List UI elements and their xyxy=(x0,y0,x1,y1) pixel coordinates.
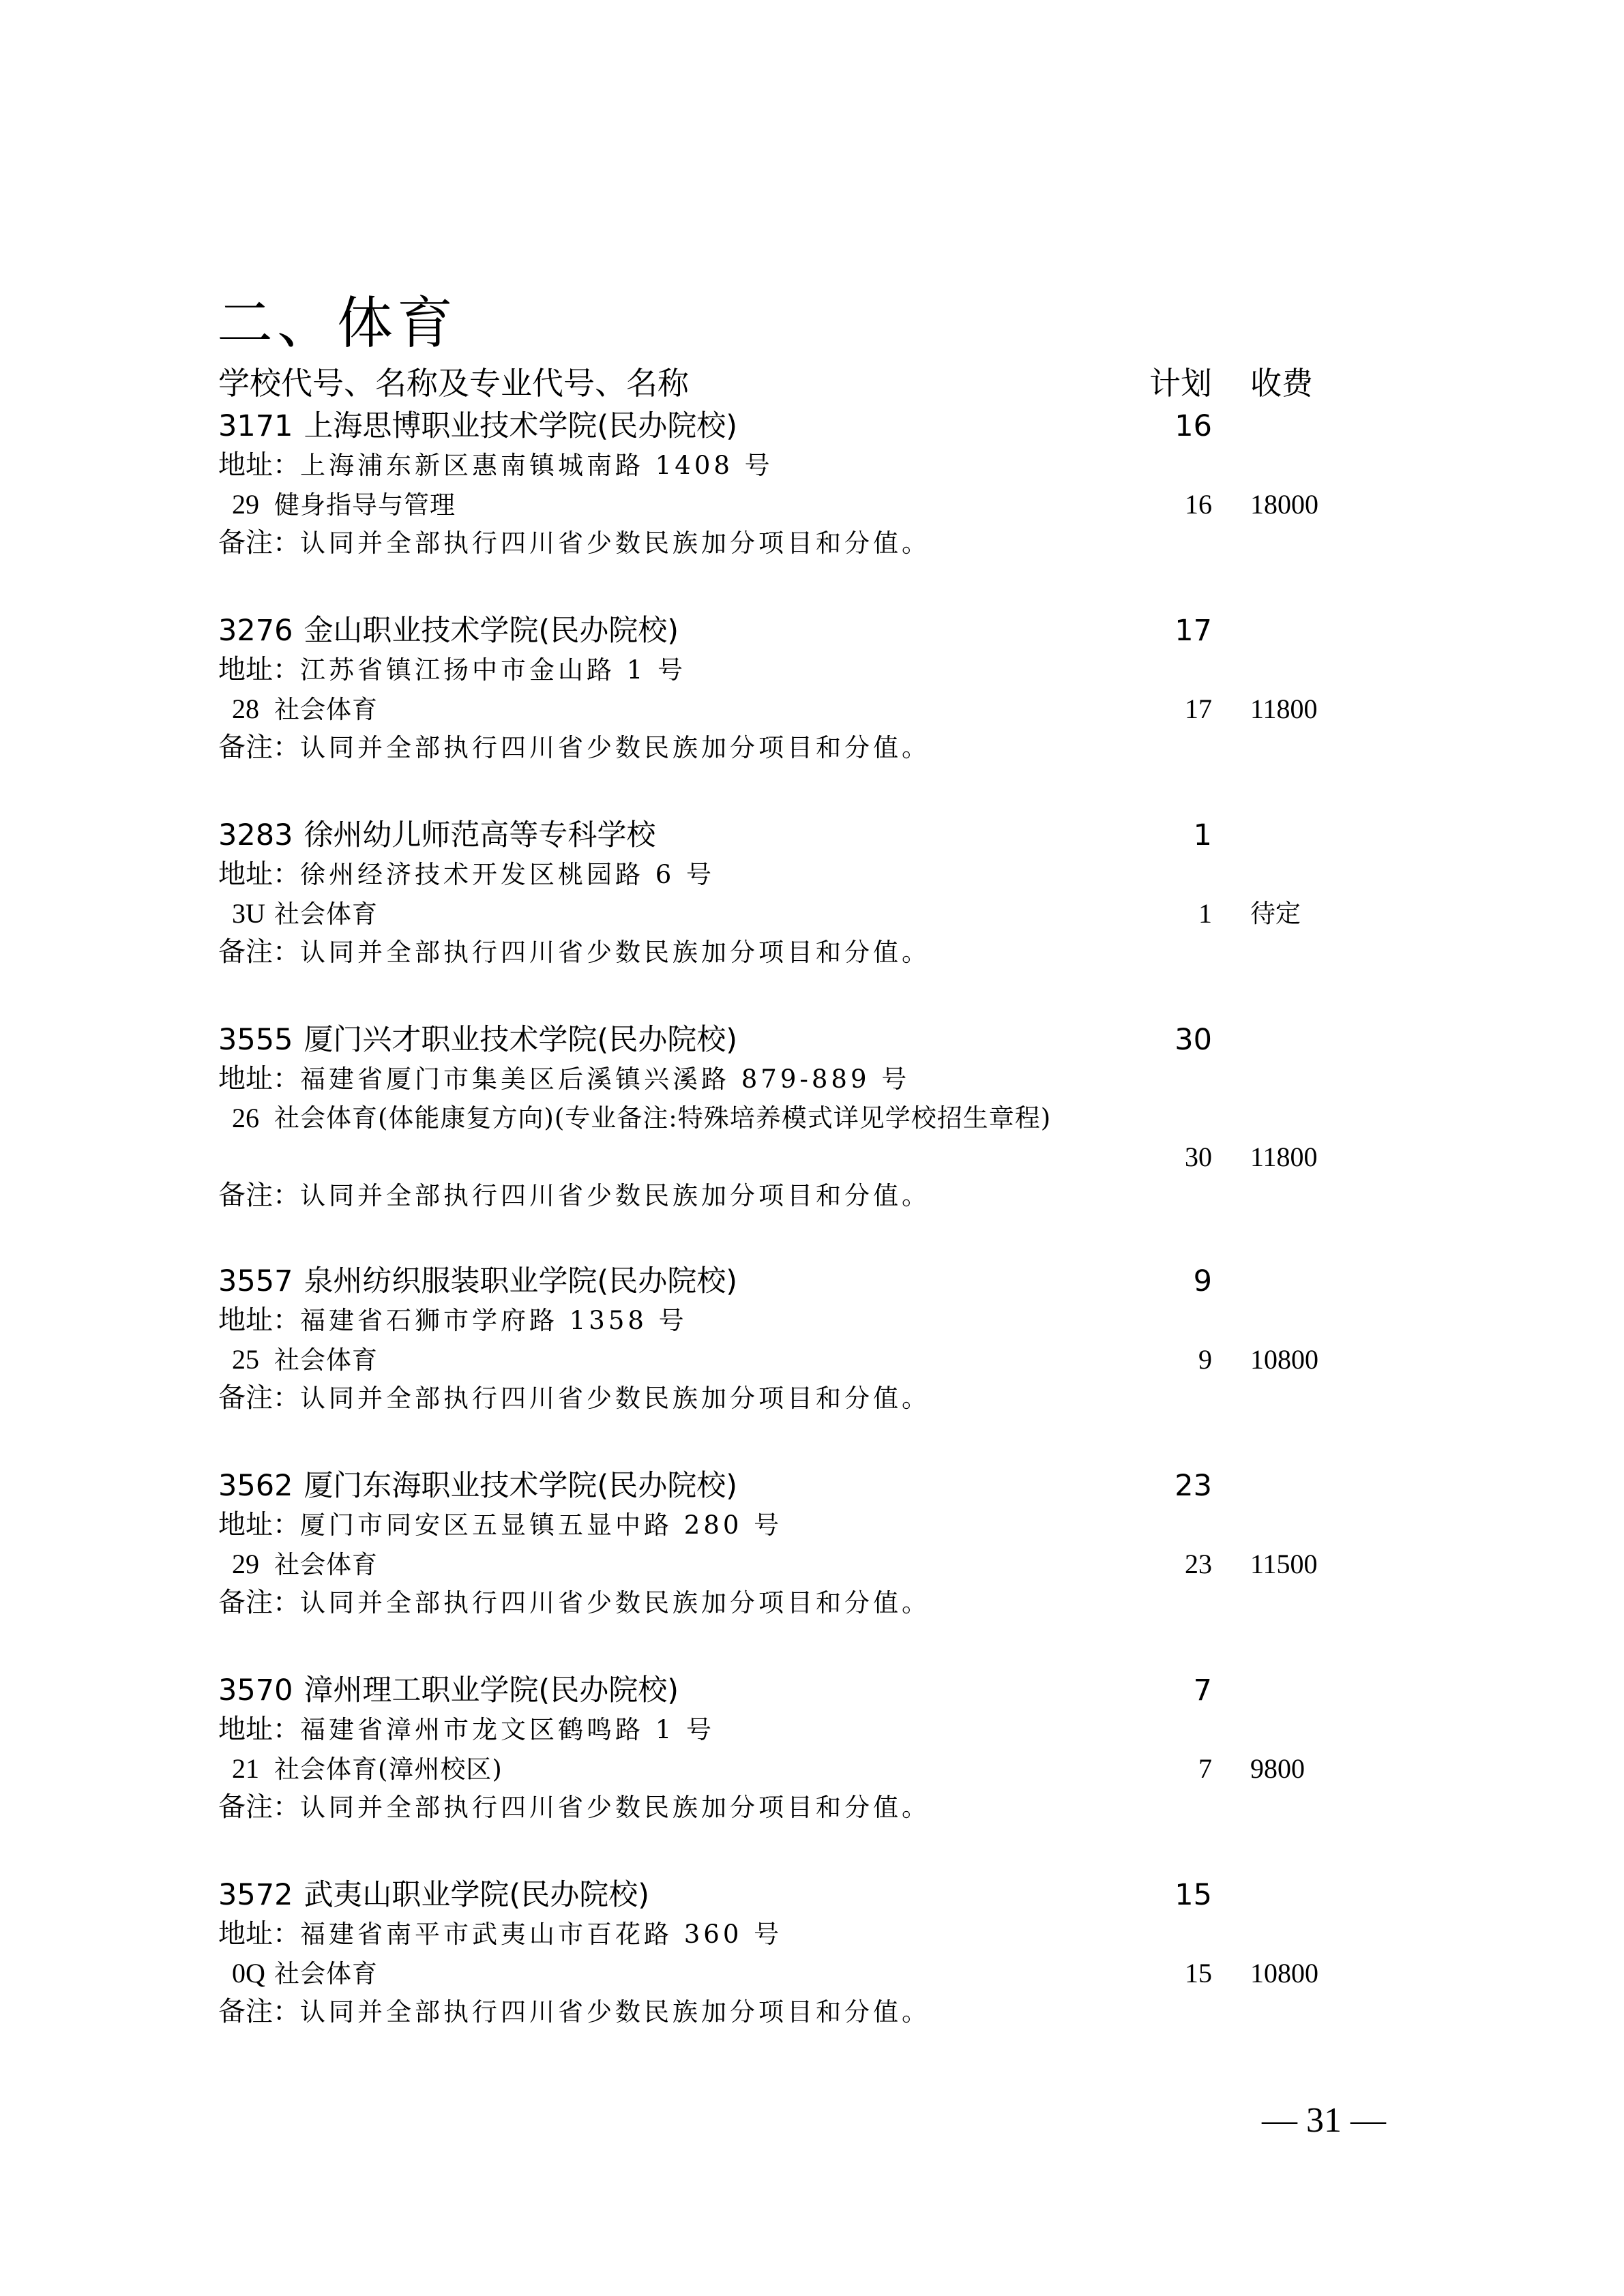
address-row: 地址：徐州经济技术开发区桃园路 6 号 xyxy=(218,855,1419,894)
school-code: 3570 xyxy=(218,1671,293,1710)
school-code: 3276 xyxy=(218,612,293,651)
school-plan-total: 7 xyxy=(1149,1671,1212,1710)
address-text: 福建省石狮市学府路 1358 号 xyxy=(300,1306,688,1335)
address-label: 地址： xyxy=(218,654,300,685)
school-entry: 3171上海思博职业技术学院(民办院校) 16 地址：上海浦东新区惠南镇城南路 … xyxy=(218,407,1419,563)
remark-row: 备注：认同并全部执行四川省少数民族加分项目和分值。 xyxy=(218,728,1419,767)
major-fee: 10800 xyxy=(1250,1340,1318,1379)
remark-text: 认同并全部执行四川省少数民族加分项目和分值。 xyxy=(300,1588,930,1617)
school-header-row: 3572武夷山职业学院(民办院校) 15 xyxy=(218,1876,1419,1915)
major-plan: 9 xyxy=(1163,1340,1212,1379)
major-name: 社会体育 xyxy=(274,899,378,929)
major-code: 26 xyxy=(232,1099,274,1137)
address-label: 地址： xyxy=(218,1304,300,1336)
school-header-row: 3570漳州理工职业学院(民办院校) 7 xyxy=(218,1671,1419,1710)
address-label: 地址： xyxy=(218,1714,300,1745)
major-code: 21 xyxy=(232,1749,274,1788)
major-fee: 18000 xyxy=(1250,485,1318,524)
remark-row: 备注：认同并全部执行四川省少数民族加分项目和分值。 xyxy=(218,1993,1419,2031)
major-name: 社会体育(体能康复方向)(专业备注:特殊培养模式详见学校招生章程) xyxy=(274,1103,1051,1133)
school-header-row: 3171上海思博职业技术学院(民办院校) 16 xyxy=(218,407,1419,446)
remark-label: 备注： xyxy=(218,732,300,763)
school-entry: 3562厦门东海职业技术学院(民办院校) 23 地址：厦门市同安区五显镇五显中路… xyxy=(218,1467,1419,1622)
major-name: 社会体育(漳州校区) xyxy=(274,1755,503,1784)
remark-label: 备注： xyxy=(218,1791,300,1823)
remark-label: 备注： xyxy=(218,1996,300,2027)
major-row: 26社会体育(体能康复方向)(专业备注:特殊培养模式详见学校招生章程) 30 1… xyxy=(218,1099,1419,1176)
major-code: 25 xyxy=(232,1340,274,1379)
school-plan-total: 17 xyxy=(1149,612,1212,651)
major-fee: 11500 xyxy=(1250,1545,1318,1583)
school-code: 3572 xyxy=(218,1876,293,1915)
remark-text: 认同并全部执行四川省少数民族加分项目和分值。 xyxy=(300,1997,930,2027)
school-code: 3283 xyxy=(218,816,293,855)
school-plan-total: 15 xyxy=(1149,1876,1212,1915)
address-label: 地址： xyxy=(218,1918,300,1950)
address-row: 地址：江苏省镇江扬中市金山路 1 号 xyxy=(218,651,1419,689)
remark-text: 认同并全部执行四川省少数民族加分项目和分值。 xyxy=(300,938,930,967)
address-label: 地址： xyxy=(218,1063,300,1094)
school-header-row: 3557泉州纺织服装职业学院(民办院校) 9 xyxy=(218,1262,1419,1301)
school-name: 武夷山职业学院(民办院校) xyxy=(304,1878,649,1912)
school-name: 厦门东海职业技术学院(民办院校) xyxy=(304,1469,737,1503)
school-plan-total: 9 xyxy=(1149,1262,1212,1301)
major-row: 21社会体育(漳州校区) 7 9800 xyxy=(218,1749,1419,1788)
major-name: 社会体育 xyxy=(274,1345,378,1375)
school-entry: 3570漳州理工职业学院(民办院校) 7 地址：福建省漳州市龙文区鹤鸣路 1 号… xyxy=(218,1671,1419,1827)
school-entry: 3572武夷山职业学院(民办院校) 15 地址：福建省南平市武夷山市百花路 36… xyxy=(218,1876,1419,2031)
school-name: 徐州幼儿师范高等专科学校 xyxy=(304,818,655,852)
address-row: 地址：上海浦东新区惠南镇城南路 1408 号 xyxy=(218,446,1419,485)
school-name: 漳州理工职业学院(民办院校) xyxy=(304,1673,679,1708)
school-code: 3557 xyxy=(218,1262,293,1301)
school-header-row: 3276金山职业技术学院(民办院校) 17 xyxy=(218,612,1419,651)
remark-row: 备注：认同并全部执行四川省少数民族加分项目和分值。 xyxy=(218,1583,1419,1622)
column-header-fee: 收费 xyxy=(1250,363,1313,404)
page-number: — 31 — xyxy=(1262,2099,1386,2143)
school-name: 上海思博职业技术学院(民办院校) xyxy=(304,409,737,443)
address-row: 地址：福建省南平市武夷山市百花路 360 号 xyxy=(218,1915,1419,1954)
major-row: 28社会体育 17 11800 xyxy=(218,689,1419,728)
remark-label: 备注： xyxy=(218,1587,300,1618)
major-row: 0Q社会体育 15 10800 xyxy=(218,1954,1419,1993)
major-row: 3U社会体育 1 待定 xyxy=(218,894,1419,933)
remark-label: 备注： xyxy=(218,936,300,968)
school-entry: 3276金山职业技术学院(民办院校) 17 地址：江苏省镇江扬中市金山路 1 号… xyxy=(218,612,1419,767)
major-code: 29 xyxy=(232,1545,274,1583)
address-label: 地址： xyxy=(218,449,300,481)
school-code: 3562 xyxy=(218,1467,293,1506)
school-name: 厦门兴才职业技术学院(民办院校) xyxy=(304,1023,737,1057)
remark-text: 认同并全部执行四川省少数民族加分项目和分值。 xyxy=(300,528,930,558)
major-fee: 11800 xyxy=(1250,689,1318,728)
address-text: 江苏省镇江扬中市金山路 1 号 xyxy=(300,655,686,685)
remark-row: 备注：认同并全部执行四川省少数民族加分项目和分值。 xyxy=(218,933,1419,972)
remark-label: 备注： xyxy=(218,1180,300,1211)
address-label: 地址： xyxy=(218,1509,300,1540)
remark-row: 备注：认同并全部执行四川省少数民族加分项目和分值。 xyxy=(218,1379,1419,1418)
school-entry: 3557泉州纺织服装职业学院(民办院校) 9 地址：福建省石狮市学府路 1358… xyxy=(218,1262,1419,1418)
major-code: 28 xyxy=(232,689,274,728)
major-fee: 待定 xyxy=(1250,894,1301,933)
address-label: 地址： xyxy=(218,859,300,890)
address-text: 徐州经济技术开发区桃园路 6 号 xyxy=(300,860,715,889)
remark-text: 认同并全部执行四川省少数民族加分项目和分值。 xyxy=(300,733,930,762)
column-header-plan: 计划 xyxy=(1149,363,1212,404)
school-entry: 3283徐州幼儿师范高等专科学校 1 地址：徐州经济技术开发区桃园路 6 号 3… xyxy=(218,816,1419,972)
major-name: 社会体育 xyxy=(274,695,378,724)
school-header-row: 3562厦门东海职业技术学院(民办院校) 23 xyxy=(218,1467,1419,1506)
section-title: 二、体育 xyxy=(217,290,457,358)
major-name: 社会体育 xyxy=(274,1550,378,1579)
school-plan-total: 23 xyxy=(1149,1467,1212,1506)
school-header-row: 3283徐州幼儿师范高等专科学校 1 xyxy=(218,816,1419,855)
remark-row: 备注：认同并全部执行四川省少数民族加分项目和分值。 xyxy=(218,1788,1419,1827)
major-row: 29健身指导与管理 16 18000 xyxy=(218,485,1419,524)
remark-text: 认同并全部执行四川省少数民族加分项目和分值。 xyxy=(300,1793,930,1822)
remark-label: 备注： xyxy=(218,527,300,558)
major-name: 健身指导与管理 xyxy=(274,490,456,520)
major-plan: 23 xyxy=(1163,1545,1212,1583)
address-row: 地址：福建省厦门市集美区后溪镇兴溪路 879-889 号 xyxy=(218,1060,1419,1099)
major-plan: 7 xyxy=(1163,1749,1212,1788)
address-text: 福建省漳州市龙文区鹤鸣路 1 号 xyxy=(300,1715,715,1744)
remark-row: 备注：认同并全部执行四川省少数民族加分项目和分值。 xyxy=(218,524,1419,563)
major-plan: 15 xyxy=(1163,1954,1212,1993)
address-row: 地址：厦门市同安区五显镇五显中路 280 号 xyxy=(218,1506,1419,1545)
address-text: 上海浦东新区惠南镇城南路 1408 号 xyxy=(300,451,773,480)
major-code: 0Q xyxy=(232,1954,274,1993)
major-code: 3U xyxy=(232,894,274,933)
school-header-row: 3555厦门兴才职业技术学院(民办院校) 30 xyxy=(218,1021,1419,1060)
address-row: 地址：福建省漳州市龙文区鹤鸣路 1 号 xyxy=(218,1710,1419,1749)
remark-label: 备注： xyxy=(218,1382,300,1414)
school-name: 金山职业技术学院(民办院校) xyxy=(304,614,679,648)
major-plan: 17 xyxy=(1163,689,1212,728)
column-header-name: 学校代号、名称及专业代号、名称 xyxy=(218,363,689,404)
major-fee: 9800 xyxy=(1250,1749,1305,1788)
major-row: 29社会体育 23 11500 xyxy=(218,1545,1419,1583)
major-plan: 1 xyxy=(1163,894,1212,933)
remark-row: 备注：认同并全部执行四川省少数民族加分项目和分值。 xyxy=(218,1176,1419,1215)
school-plan-total: 30 xyxy=(1149,1021,1212,1060)
major-plan: 16 xyxy=(1163,485,1212,524)
school-plan-total: 1 xyxy=(1149,816,1212,855)
school-entry: 3555厦门兴才职业技术学院(民办院校) 30 地址：福建省厦门市集美区后溪镇兴… xyxy=(218,1021,1419,1215)
major-code: 29 xyxy=(232,485,274,524)
major-plan: 30 xyxy=(1163,1137,1212,1176)
school-code: 3171 xyxy=(218,407,293,446)
major-fee: 10800 xyxy=(1250,1954,1318,1993)
address-text: 福建省南平市武夷山市百花路 360 号 xyxy=(300,1920,782,1949)
remark-text: 认同并全部执行四川省少数民族加分项目和分值。 xyxy=(300,1384,930,1413)
major-fee: 11800 xyxy=(1250,1137,1318,1176)
major-name: 社会体育 xyxy=(274,1959,378,1988)
address-text: 福建省厦门市集美区后溪镇兴溪路 879-889 号 xyxy=(300,1064,910,1094)
school-code: 3555 xyxy=(218,1021,293,1060)
school-plan-total: 16 xyxy=(1149,407,1212,446)
remark-text: 认同并全部执行四川省少数民族加分项目和分值。 xyxy=(300,1181,930,1210)
major-row: 25社会体育 9 10800 xyxy=(218,1340,1419,1379)
address-text: 厦门市同安区五显镇五显中路 280 号 xyxy=(300,1510,782,1540)
school-name: 泉州纺织服装职业学院(民办院校) xyxy=(304,1264,737,1298)
address-row: 地址：福建省石狮市学府路 1358 号 xyxy=(218,1301,1419,1340)
